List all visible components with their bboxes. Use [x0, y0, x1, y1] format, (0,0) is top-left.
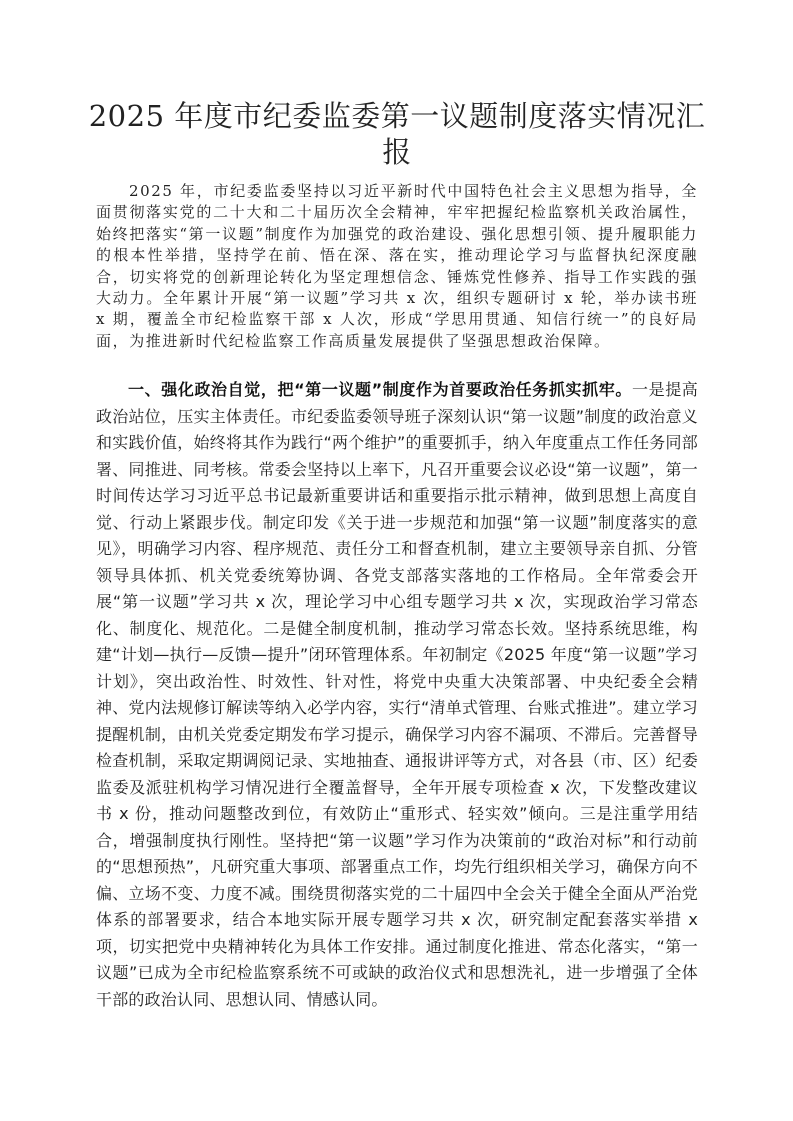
section-1-heading: 一、强化政治自觉，把“第一议题”制度作为首要政治任务抓实抓牢。	[128, 380, 632, 399]
document-page: 2025 年度市纪委监委第一议题制度落实情况汇报 2025 年，市纪委监委坚持以…	[0, 0, 793, 1121]
intro-paragraph: 2025 年，市纪委监委坚持以习近平新时代中国特色社会主义思想为指导，全面贯彻落…	[96, 181, 698, 352]
section-1-paragraph: 一、强化政治自觉，把“第一议题”制度作为首要政治任务抓实抓牢。一是提高政治站位，…	[96, 377, 698, 1013]
section-1-body: 一是提高政治站位，压实主体责任。市纪委监委领导班子深刻认识“第一议题”制度的政治…	[96, 380, 698, 1009]
document-title: 2025 年度市纪委监委第一议题制度落实情况汇报	[86, 98, 708, 170]
